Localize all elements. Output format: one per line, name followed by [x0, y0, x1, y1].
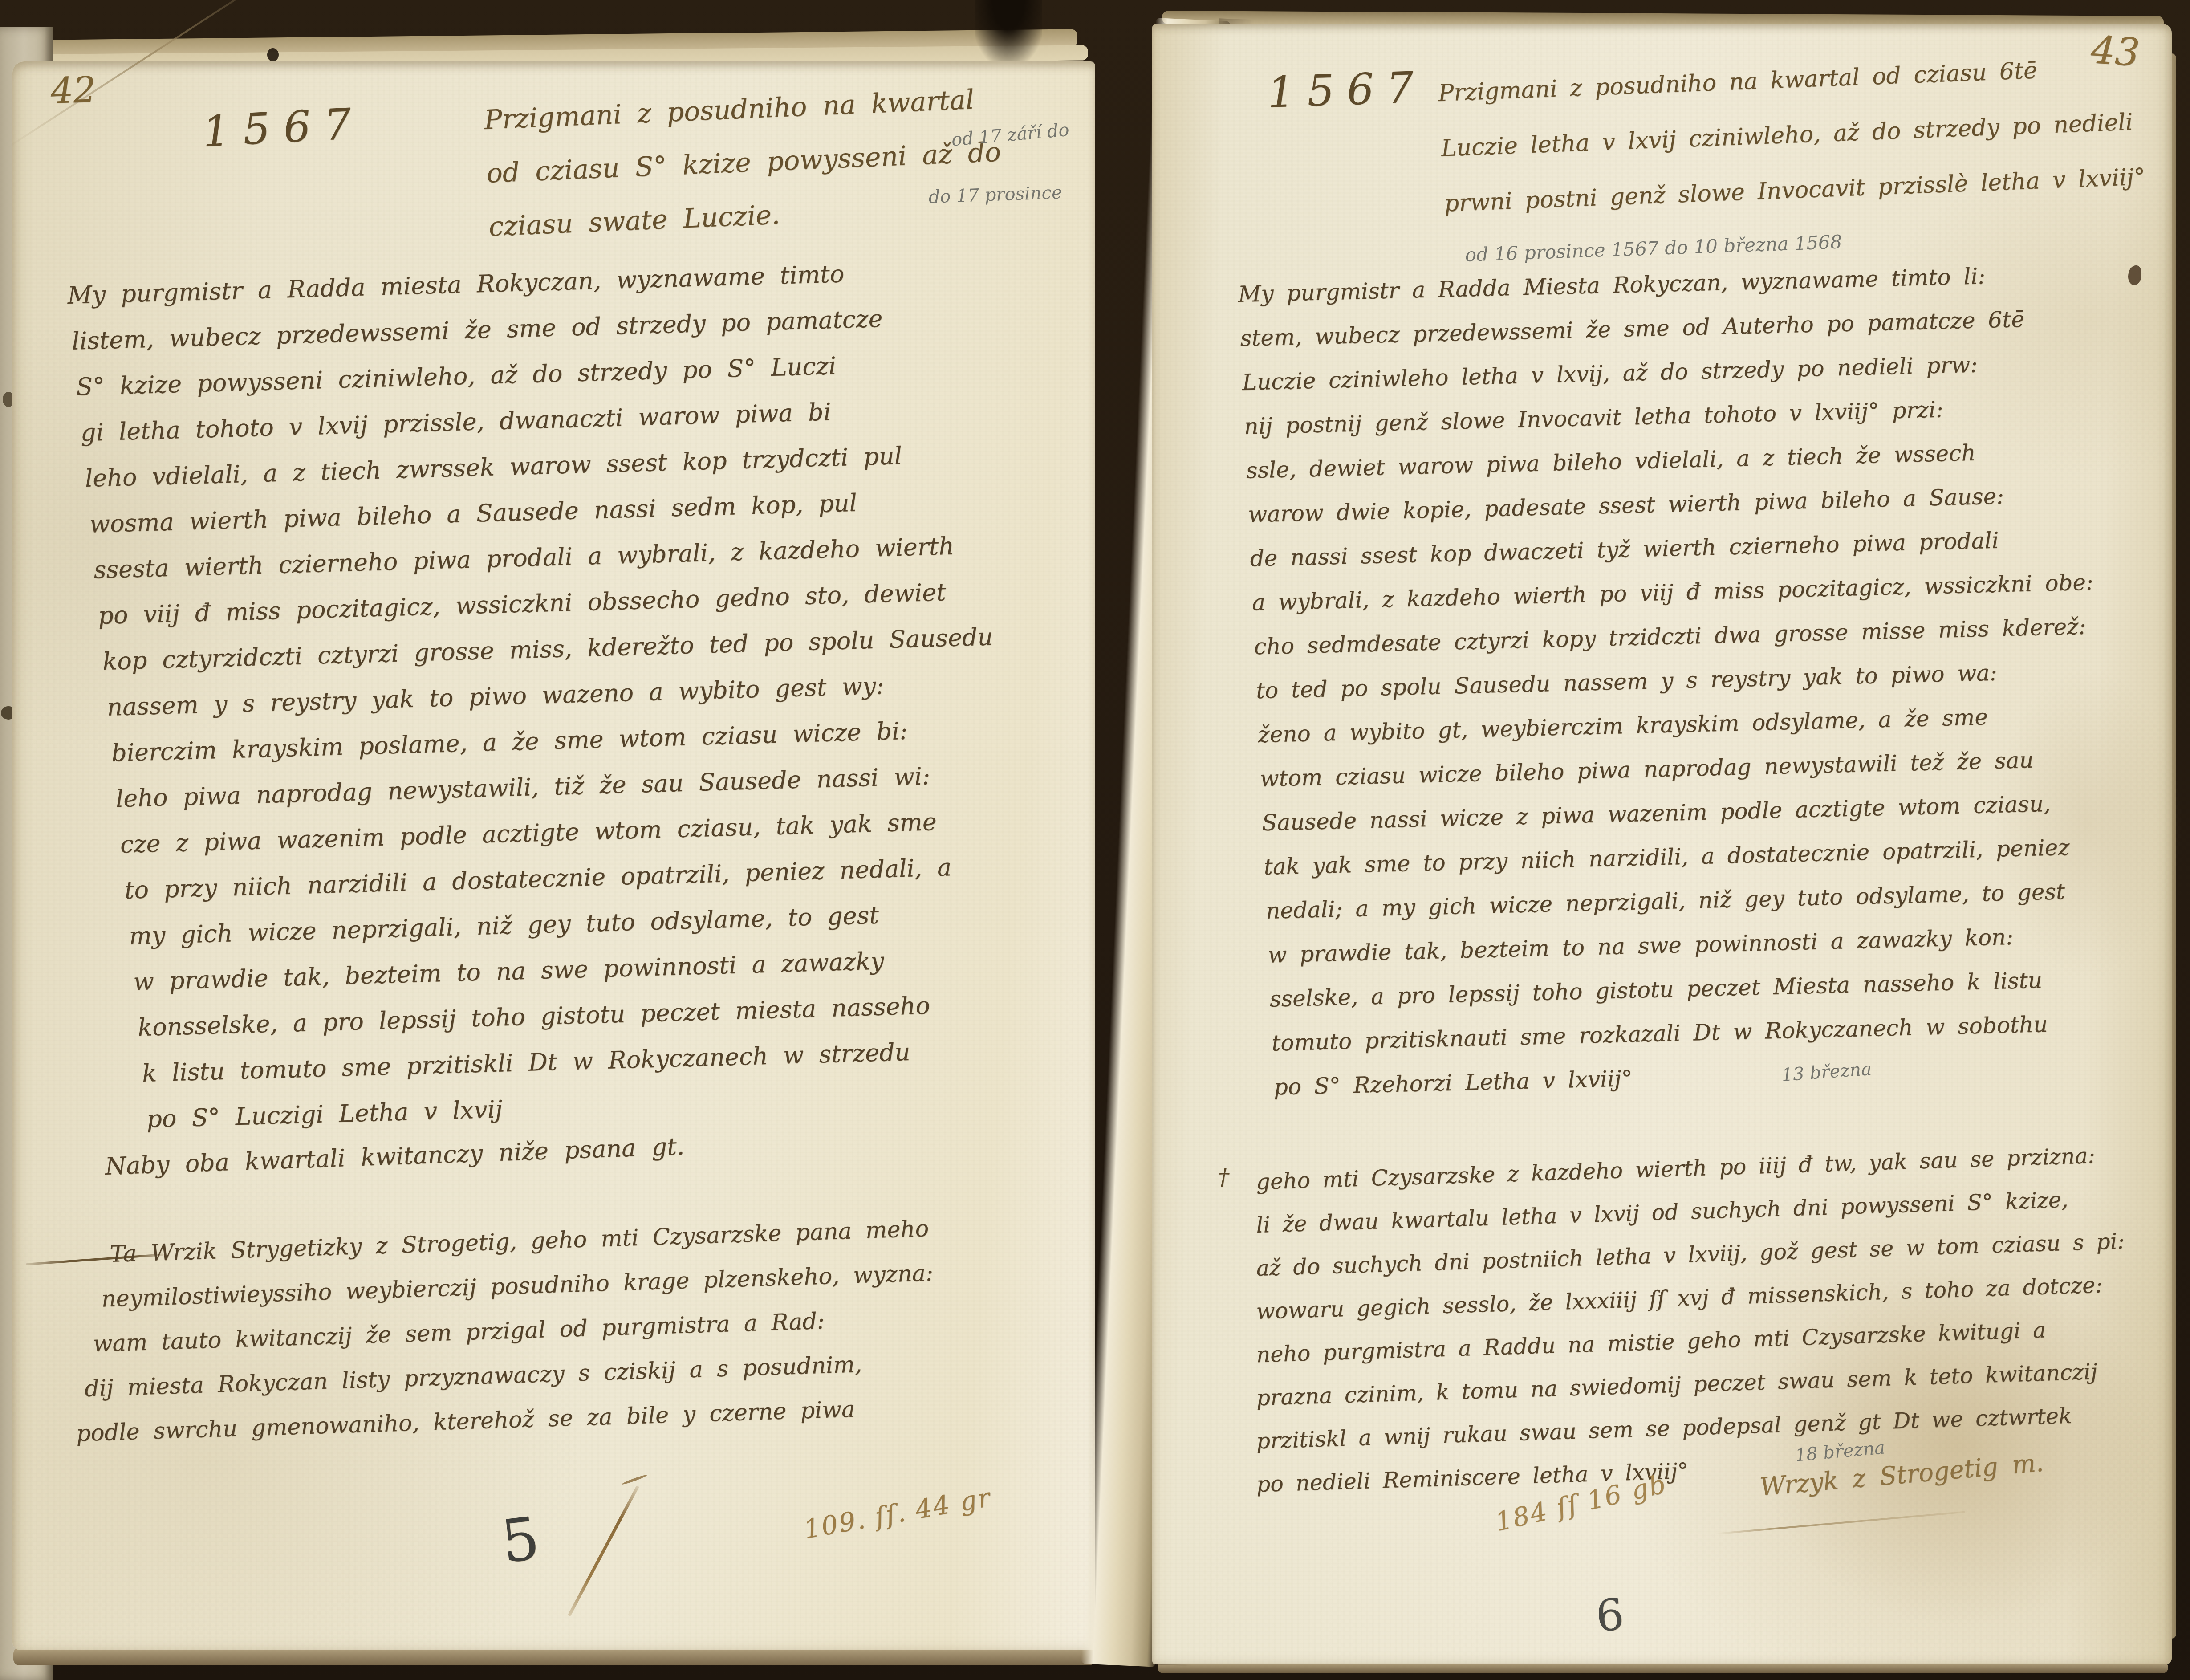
- right-heading: Przigmani z posudniho na kwartal od czia…: [1437, 39, 2146, 231]
- left-year: 1567: [201, 98, 366, 157]
- page-stack-edge-bottom: [13, 1647, 1095, 1665]
- right-foliation-pencil: 6: [1594, 1589, 1626, 1642]
- left-heading: Przigmani z posudniho na kwartalod czias…: [483, 72, 1004, 254]
- left-body-text: My purgmistr a Radda miesta Rokyczan, wy…: [67, 247, 1006, 1144]
- manuscript-photo: 42 1567 Przigmani z posudniho na kwartal…: [0, 0, 2190, 1680]
- left-receipt-text: Ta Wrzik Strygetizky z Strogetig, geho m…: [109, 1207, 938, 1455]
- left-page-number: 42: [50, 69, 97, 111]
- right-receipt-text: geho mti Czysarzske z kazdeho wierth po …: [1255, 1133, 2132, 1506]
- right-body-text: My purgmistr a Radda Miesta Rokyczan, wy…: [1238, 252, 2106, 1110]
- receipt-cross-marker: †: [1218, 1164, 1229, 1190]
- right-year: 1567: [1267, 62, 1427, 118]
